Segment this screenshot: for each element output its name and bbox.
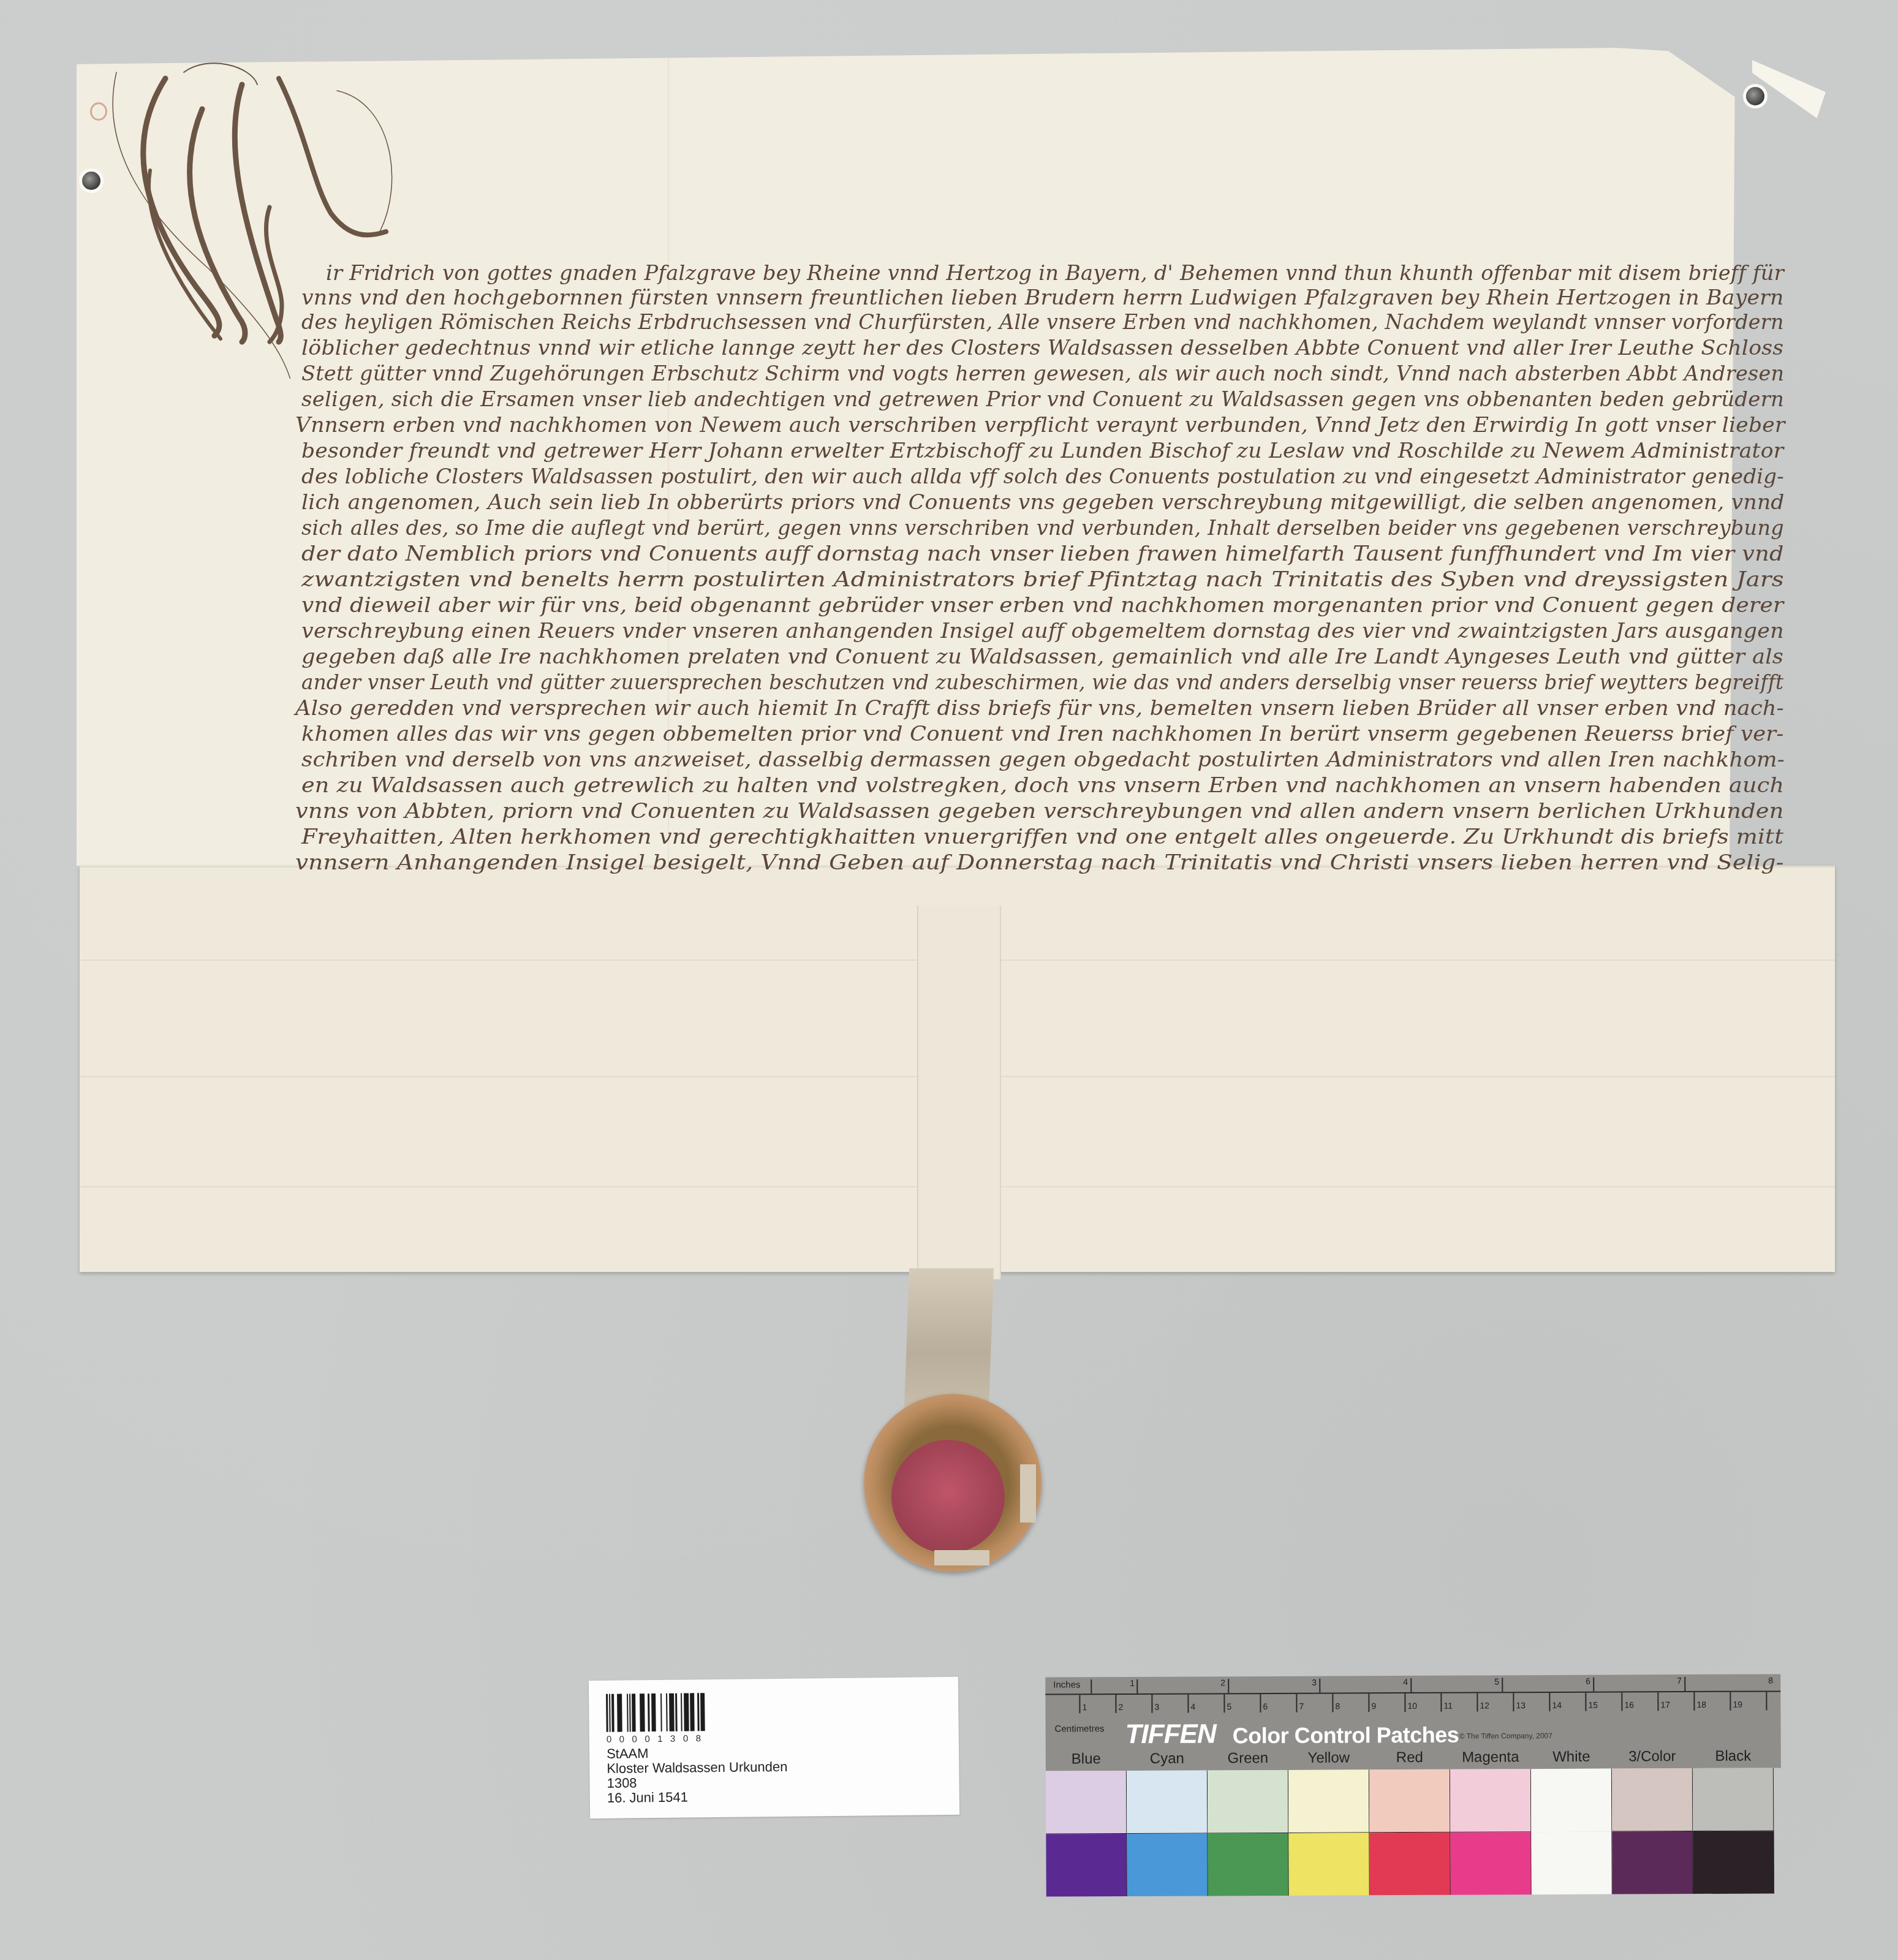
patch-red-light xyxy=(1369,1769,1450,1833)
patch-green-light xyxy=(1208,1770,1288,1834)
cm-ruler: 1 2 3 4 5 6 7 8 9 10 11 12 13 14 15 16 1… xyxy=(1045,1692,1780,1719)
patch-3color-light xyxy=(1612,1768,1693,1832)
tiffen-logo: TIFFEN xyxy=(1125,1719,1216,1750)
text-line: löblicher gedechtnus vnnd wir etliche la… xyxy=(301,336,1783,360)
seal-wax-icon xyxy=(891,1440,1005,1553)
text-line: des heyligen Römischen Reichs Erbdruchse… xyxy=(301,310,1784,334)
patch-black-light xyxy=(1693,1768,1774,1831)
patch-magenta-light xyxy=(1450,1769,1531,1833)
barcode-icon xyxy=(606,1693,705,1732)
patch-cyan-light xyxy=(1127,1770,1208,1834)
label-number: 1308 xyxy=(607,1774,787,1791)
archive-label: 00001308 StAAM Kloster Waldsassen Urkund… xyxy=(589,1677,959,1818)
patch-cyan-dark xyxy=(1127,1833,1208,1896)
patch-3color-dark xyxy=(1612,1831,1693,1894)
patch-green-dark xyxy=(1208,1833,1288,1896)
chart-copyright: © The Tiffen Company, 2007 xyxy=(1459,1731,1552,1741)
patch-label-magenta: Magenta xyxy=(1450,1749,1531,1766)
wax-seal xyxy=(864,1394,1042,1572)
barcode-number: 00001308 xyxy=(607,1733,709,1745)
text-line: ander vnser Leuth vnd gütter zuuersprech… xyxy=(301,670,1783,694)
patch-label-green: Green xyxy=(1208,1750,1288,1768)
patch-label-yellow: Yellow xyxy=(1288,1749,1369,1767)
patch-yellow-light xyxy=(1288,1769,1369,1833)
folded-corner xyxy=(1752,60,1826,118)
text-line: en zu Waldsassen auch getrewlich zu halt… xyxy=(301,773,1784,797)
text-line: sich alles des, so Ime die auflegt vnd b… xyxy=(301,516,1784,540)
text-line: der dato Nemblich priors vnd Conuents au… xyxy=(301,542,1784,566)
text-line: schriben vnd derselb von vns anzweiset, … xyxy=(301,747,1785,771)
patch-label-blue: Blue xyxy=(1046,1750,1127,1768)
patch-label-3color: 3/Color xyxy=(1612,1748,1693,1766)
text-line: vnd dieweil aber wir für vns, beid obgen… xyxy=(301,593,1783,617)
patch-label-black: Black xyxy=(1693,1747,1774,1765)
tiffen-color-chart: Inches 1 2 3 4 5 6 7 8 1 2 3 4 5 6 7 8 xyxy=(1045,1674,1782,1896)
text-line: Vnnsern erben vnd nachkhomen von Newem a… xyxy=(295,413,1785,437)
patch-label-red: Red xyxy=(1369,1749,1450,1767)
seal-strap xyxy=(917,906,1001,1279)
mounting-pin-right xyxy=(1746,87,1764,105)
text-line: khomen alles das wir vns gegen obbemelte… xyxy=(301,722,1784,746)
label-date: 16. Juni 1541 xyxy=(607,1789,788,1806)
text-line: lich angenomen, Auch sein lieb In obberü… xyxy=(301,490,1785,514)
patch-white-dark xyxy=(1531,1832,1612,1895)
patch-blue-light xyxy=(1046,1771,1127,1834)
patch-white-light xyxy=(1531,1769,1612,1833)
text-line: zwantzigsten vnd benelts herrn postulirt… xyxy=(301,567,1784,591)
text-line: vnns vnd den hochgebornnen fürsten vnnse… xyxy=(301,286,1784,309)
text-line: vnnsern Anhangenden Insigel besigelt, Vn… xyxy=(295,850,1784,874)
text-line: vnns von Abbten, priorn vnd Conuenten zu… xyxy=(295,799,1784,823)
chart-title: Color Control Patches xyxy=(1233,1722,1459,1749)
patch-black-dark xyxy=(1693,1831,1774,1894)
patch-label-white: White xyxy=(1531,1749,1612,1766)
chart-header: Inches 1 2 3 4 5 6 7 8 1 2 3 4 5 6 7 8 xyxy=(1045,1674,1781,1771)
patch-magenta-dark xyxy=(1450,1832,1531,1895)
text-line: Stett gütter vnnd Zugehörungen Erbschutz… xyxy=(301,361,1784,385)
text-line: gegeben daß alle Ire nachkhomen prelaten… xyxy=(301,645,1783,668)
text-line: ir Fridrich von gottes gnaden Pfalzgrave… xyxy=(326,261,1784,285)
text-line: Freyhaitten, Alten herkhomen vnd gerecht… xyxy=(301,825,1783,849)
text-line: besonder freundt vnd getrewer Herr Johan… xyxy=(301,439,1783,463)
cm-label: Centimetres xyxy=(1055,1724,1105,1734)
patch-yellow-dark xyxy=(1288,1833,1369,1896)
text-line: verschreybung einen Reuers vnder vnseren… xyxy=(301,619,1784,643)
text-line: des lobliche Closters Waldsassen postuli… xyxy=(301,464,1784,488)
patch-blue-dark xyxy=(1046,1834,1127,1897)
label-fond: Kloster Waldsassen Urkunden xyxy=(607,1760,787,1776)
text-line: Also geredden vnd versprechen wir auch h… xyxy=(295,696,1784,720)
text-line: seligen, sich die Ersamen vnser lieb and… xyxy=(301,387,1784,411)
seal-strap-leather xyxy=(904,1268,994,1409)
patch-label-cyan: Cyan xyxy=(1127,1750,1208,1768)
patch-red-dark xyxy=(1369,1833,1450,1896)
